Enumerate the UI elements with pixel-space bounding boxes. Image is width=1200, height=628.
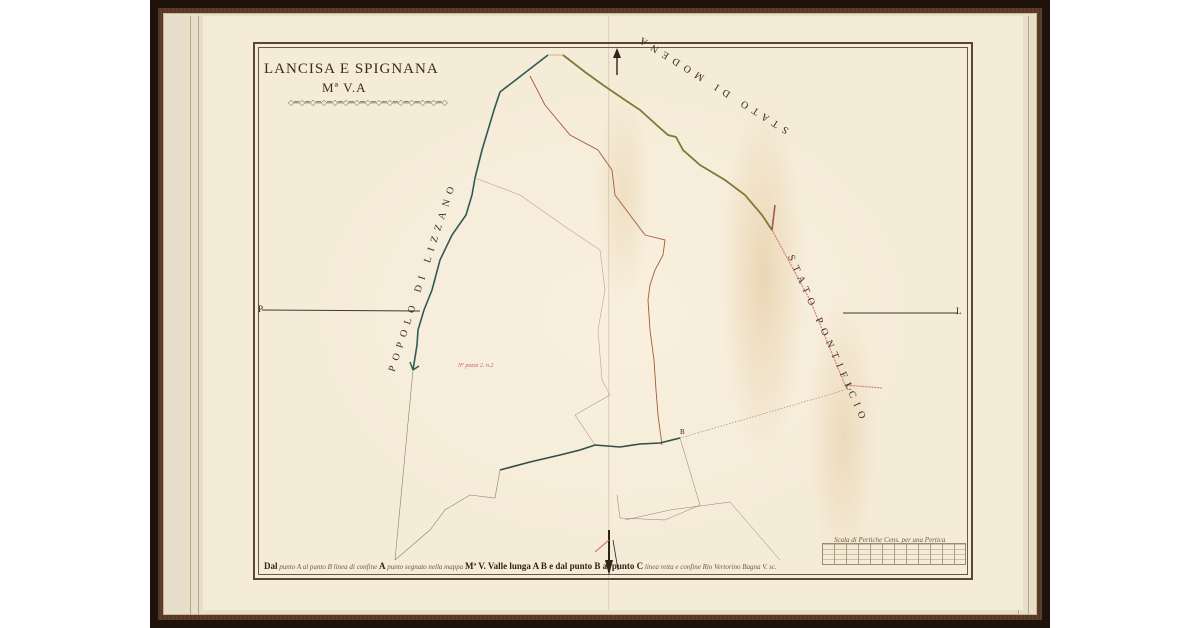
legend-point-a: A [379, 561, 386, 571]
map-drawing [0, 0, 1200, 628]
scale-bar [822, 543, 966, 565]
legend-part5: Rio Vertorino Bagna V. sc. [703, 563, 777, 571]
legend-prefix: Dal [264, 561, 278, 571]
marker-p-label: P [258, 304, 263, 314]
legend-part4: linea retta e confine [645, 563, 701, 571]
reference-line-left [262, 310, 420, 311]
marker-l-label: L [956, 306, 962, 316]
boundary-south [500, 438, 680, 470]
boundary-marker [772, 205, 775, 230]
boundary-pontificio [772, 230, 882, 388]
legend-line: Dal punto A al punto B linea di confine … [264, 561, 777, 571]
point-c-label: C [846, 383, 851, 392]
north-arrow-icon [613, 48, 621, 75]
legend-part2: punto segnato nella mappa [387, 563, 463, 571]
boundary-lizzano [413, 55, 548, 370]
point-b-label: B [680, 428, 685, 436]
legend-part1: punto A al punto B linea di confine [279, 563, 377, 571]
river-line [530, 76, 665, 445]
parcel-annotation: Nº pezze 2. n.2 [458, 363, 493, 369]
legend-part3: Mª V. Valle lunga A B e dal punto B al p… [465, 561, 643, 571]
boundary-modena [563, 55, 772, 230]
